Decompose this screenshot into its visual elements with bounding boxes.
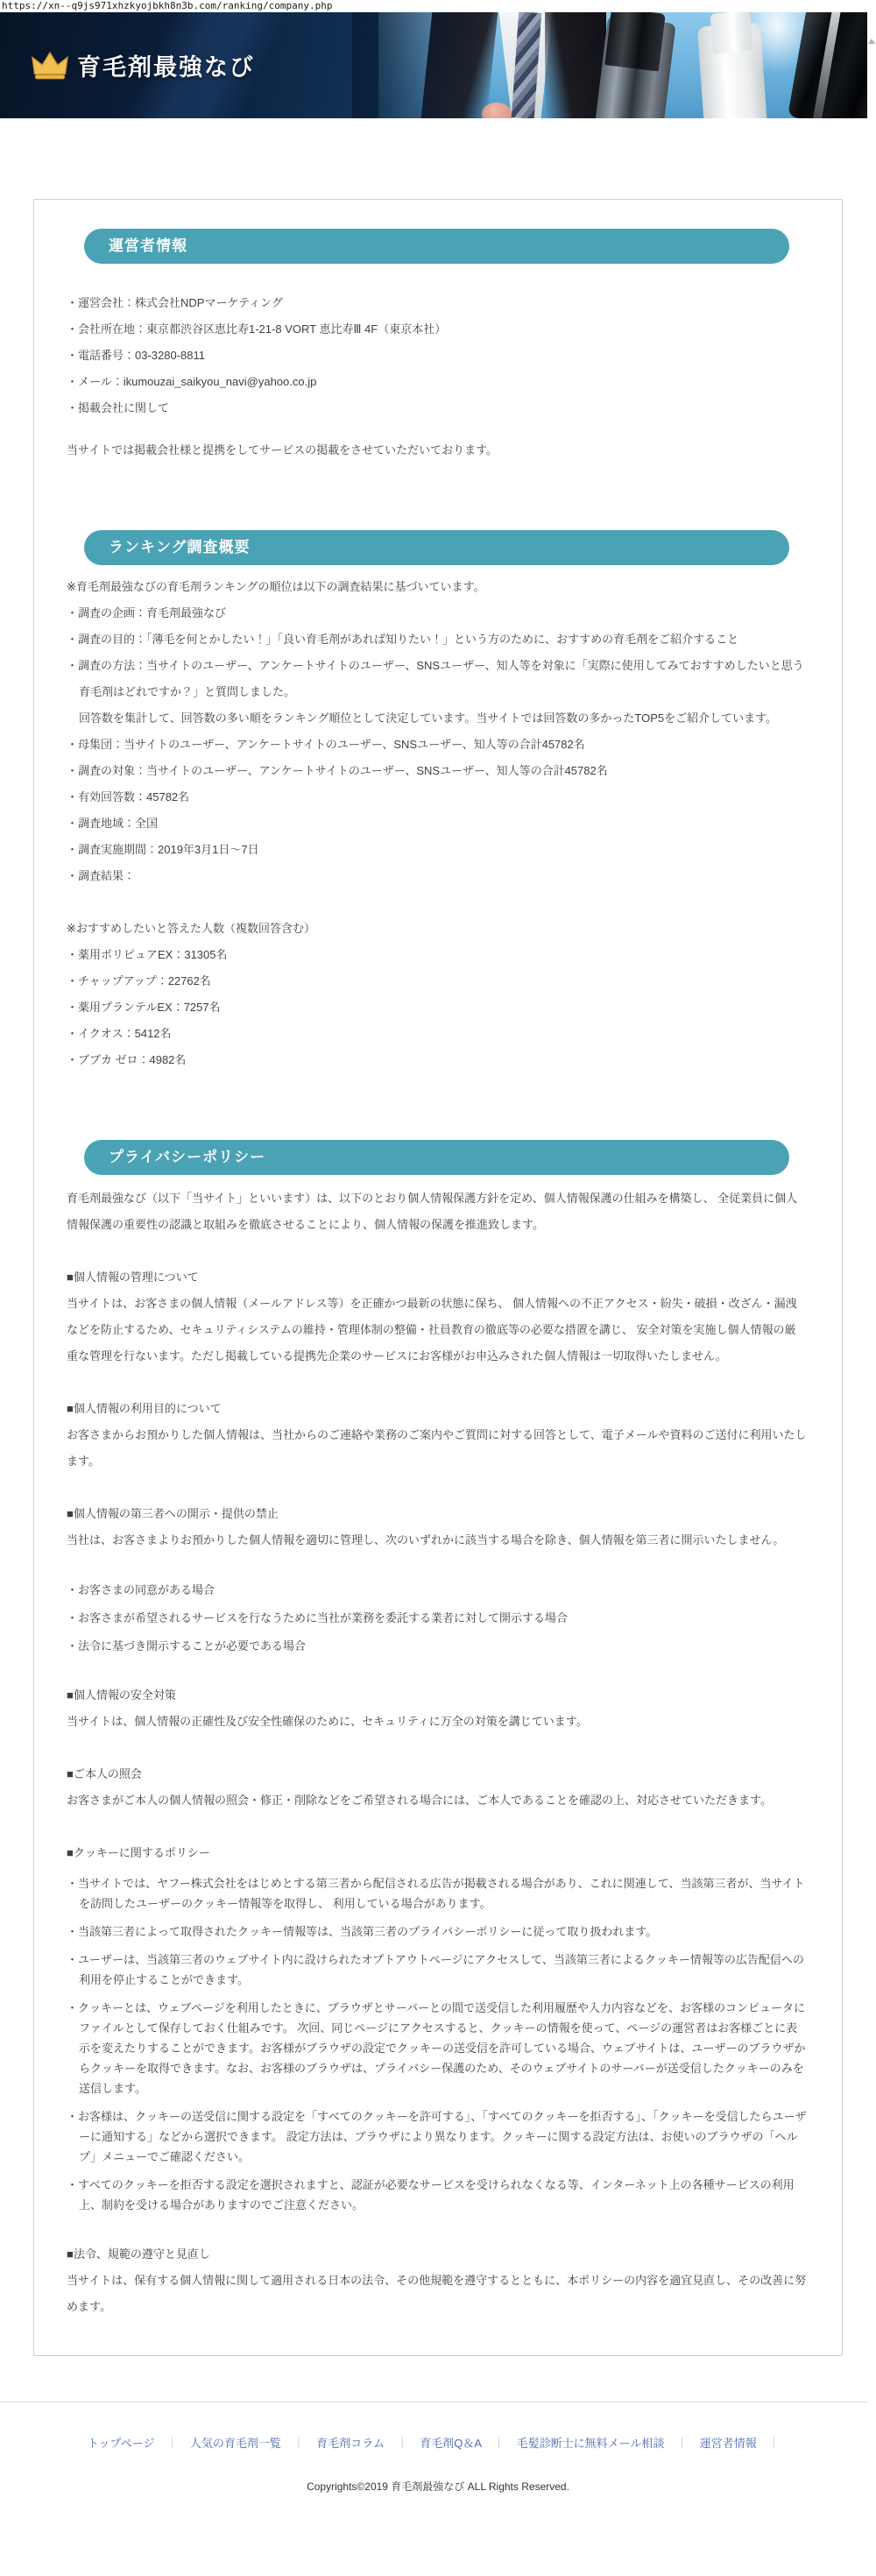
site-brand[interactable]: 育毛剤最強なび [32,12,255,118]
list-item: ・調査の対象：当サイトのユーザー、アンケートサイトのユーザー、SNSユーザー、知… [67,758,807,784]
privacy-block-heading: ■ご本人の照会 [67,1761,807,1787]
privacy-block-cookie-policy: ■クッキーに関するポリシー ・当サイトでは、ヤフー株式会社をはじめとする第三者か… [67,1840,807,2215]
third-party-exception-list: ・お客さまの同意がある場合 ・お客さまが希望されるサービスを行なうために当社が業… [67,1580,807,1656]
list-item: ・ユーザーは、当該第三者のウェブサイト内に設けられたオプトアウトページにアクセス… [67,1950,807,1990]
privacy-block-body: 当サイトは、個人情報の正確性及び安全性確保のために、セキュリティに万全の対策を講… [67,1709,807,1735]
list-item: ・調査地域：全国 [67,810,807,837]
footer-link-operator-info[interactable]: 運営者情報 [700,2437,757,2450]
list-item: ・掲載会社に関して [67,395,807,421]
section-header-privacy-policy: プライバシーポリシー [84,1140,789,1175]
section-ranking-survey: ランキング調査概要 ※育毛剤最強なびの育毛剤ランキングの順位は以下の調査結果に基… [67,530,807,1073]
footer: トップページ ｜ 人気の育毛剤一覧 ｜ 育毛剤コラム ｜ 育毛剤Q＆A ｜ 毛髪… [0,2402,876,2508]
footer-link-top-page[interactable]: トップページ [88,2437,155,2450]
page-url-text: https://xn--q9js971xhzkyojbkh8n3b.com/ra… [0,0,876,12]
list-item: ・法令に基づき開示することが必要である場合 [67,1636,807,1656]
scrollbar[interactable] [867,12,876,2576]
footer-separator: ｜ [676,2437,688,2450]
list-item: ・当サイトでは、ヤフー株式会社をはじめとする第三者から配信される広告が掲載される… [67,1873,807,1914]
section-header-ranking-survey: ランキング調査概要 [84,530,789,565]
footer-link-qa[interactable]: 育毛剤Q＆A [420,2437,481,2450]
privacy-block-law-compliance: ■法令、規範の遵守と見直し 当サイトは、保有する個人情報に関して適用される日本の… [67,2241,807,2320]
page: { "page": { "url": "https://xn--q9js971x… [0,0,876,2576]
list-item: ・メール：ikumouzai_saikyou_navi@yahoo.co.jp [67,369,807,395]
survey-result-item: ・ブブカ ゼロ：4982名 [67,1047,807,1073]
survey-result-item: ・薬用ポリピュアEX：31305名 [67,942,807,968]
list-item: ・会社所在地：東京都渋谷区恵比寿1-21-8 VORT 恵比寿Ⅲ 4F（東京本社… [67,316,807,343]
privacy-block-body: お客さまからお預かりした個人情報は、当社からのご連絡や業務のご案内やご質問に対す… [67,1422,807,1475]
footer-nav: トップページ ｜ 人気の育毛剤一覧 ｜ 育毛剤コラム ｜ 育毛剤Q＆A ｜ 毛髪… [0,2434,876,2451]
privacy-block-heading: ■個人情報の利用目的について [67,1396,807,1422]
list-item: ・お客さまが希望されるサービスを行なうために当社が業務を委託する業者に対して開示… [67,1608,807,1628]
privacy-block-security: ■個人情報の安全対策 当サイトは、個人情報の正確性及び安全性確保のために、セキュ… [67,1682,807,1735]
survey-result-item: ・チャップアップ：22762名 [67,968,807,994]
privacy-block-heading: ■クッキーに関するポリシー [67,1840,807,1866]
list-item: ・当該第三者によって取得されたクッキー情報等は、当該第三者のプライバシーポリシー… [67,1921,807,1942]
privacy-block-body: 当社は、お客さまよりお預かりした個人情報を適切に管理し、次のいずれかに該当する場… [67,1527,807,1553]
bottle-cap-photo [604,12,666,72]
footer-separator: ｜ [768,2437,780,2450]
list-item: ・電話番号：03-3280-8811 [67,343,807,369]
company-info-list: ・運営会社：株式会社NDPマーケティング ・会社所在地：東京都渋谷区恵比寿1-2… [67,290,807,421]
list-item: ・調査実施期間：2019年3月1日～7日 [67,837,807,863]
ranking-survey-list: ・調査の企画：育毛剤最強なび ・調査の目的：「薄毛を何とかしたい！」「良い育毛剤… [67,600,807,889]
list-item: ・お客さまの同意がある場合 [67,1580,807,1600]
list-item: ・お客様は、クッキーの送受信に関する設定を「すべてのクッキーを許可する」、「すべ… [67,2106,807,2167]
survey-result-item: ・薬用プランテルEX：7257名 [67,994,807,1021]
footer-link-mail-consult[interactable]: 毛髪診断士に無料メール相談 [517,2437,665,2450]
survey-result-item: ・イクオス：5412名 [67,1021,807,1047]
survey-answer-note: ※おすすめしたいと答えた人数（複数回答含む） [67,916,807,942]
list-item: ・クッキーとは、ウェブページを利用したときに、ブラウザとサーバーとの間で送受信し… [67,1998,807,2098]
footer-separator: ｜ [293,2437,304,2450]
privacy-intro-paragraph: 育毛剤最強なび（以下「当サイト」といいます）は、以下のとおり個人情報保護方針を定… [67,1185,807,1238]
privacy-block-body: 当サイトは、保有する個人情報に関して適用される日本の法令、その他規範を遵守すると… [67,2268,807,2320]
list-item: ・すべてのクッキーを拒否する設定を選択されますと、認証が必要なサービスを受けられ… [67,2175,807,2215]
section-privacy-policy: プライバシーポリシー 育毛剤最強なび（以下「当サイト」といいます）は、以下のとお… [67,1140,807,2320]
survey-results-list: ・薬用ポリピュアEX：31305名 ・チャップアップ：22762名 ・薬用プラン… [67,942,807,1073]
main-content-box: 運営者情報 ・運営会社：株式会社NDPマーケティング ・会社所在地：東京都渋谷区… [33,199,843,2356]
privacy-block-third-party: ■個人情報の第三者への開示・提供の禁止 当社は、お客さまよりお預かりした個人情報… [67,1501,807,1656]
list-item: ・母集団：当サイトのユーザー、アンケートサイトのユーザー、SNSユーザー、知人等… [67,732,807,758]
privacy-block-body: 当サイトは、お客さまの個人情報（メールアドレス等）を正確かつ最新の状態に保ち、 … [67,1291,807,1369]
list-item: ・調査の目的：「薄毛を何とかしたい！」「良い育毛剤があれば知りたい！」という方の… [67,626,807,653]
section-header-company-info: 運営者情報 [84,229,789,264]
footer-separator: ｜ [397,2437,408,2450]
footer-separator: ｜ [166,2437,178,2450]
section-company-info: 運営者情報 ・運営会社：株式会社NDPマーケティング ・会社所在地：東京都渋谷区… [67,229,807,464]
list-item: ・有効回答数：45782名 [67,784,807,810]
footer-link-popular-products[interactable]: 人気の育毛剤一覧 [190,2437,281,2450]
privacy-block-body: お客さまがご本人の個人情報の照会・修正・削除などをご希望される場合には、ご本人で… [67,1787,807,1814]
privacy-block-heading: ■個人情報の管理について [67,1264,807,1291]
privacy-block-heading: ■個人情報の第三者への開示・提供の禁止 [67,1501,807,1527]
copyright-text: Copyrights©2019 育毛剤最強なび ALL Rights Reser… [0,2479,876,2508]
footer-link-column[interactable]: 育毛剤コラム [316,2437,385,2450]
privacy-block-heading: ■個人情報の安全対策 [67,1682,807,1709]
privacy-block-heading: ■法令、規範の遵守と見直し [67,2241,807,2268]
company-partnership-paragraph: 当サイトでは掲載会社様と提携をしてサービスの掲載をさせていただいております。 [67,437,807,464]
privacy-block-usage-purpose: ■個人情報の利用目的について お客さまからお預かりした個人情報は、当社からのご連… [67,1396,807,1475]
ranking-basis-note: ※育毛剤最強なびの育毛剤ランキングの順位は以下の調査結果に基づいています。 [67,574,807,600]
list-item: ・調査結果： [67,863,807,889]
site-header-banner: 育毛剤最強なび [0,12,869,118]
list-item: ・運営会社：株式会社NDPマーケティング [67,290,807,316]
privacy-block-management: ■個人情報の管理について 当サイトは、お客さまの個人情報（メールアドレス等）を正… [67,1264,807,1369]
banner-fade-overlay [352,12,492,118]
scroll-up-arrow-icon[interactable] [867,35,876,47]
privacy-block-inquiry: ■ご本人の照会 お客さまがご本人の個人情報の照会・修正・削除などをご希望される場… [67,1761,807,1814]
footer-separator: ｜ [493,2437,505,2450]
cookie-policy-list: ・当サイトでは、ヤフー株式会社をはじめとする第三者から配信される広告が掲載される… [67,1873,807,2215]
site-title: 育毛剤最強なび [77,48,255,82]
list-item: ・調査の企画：育毛剤最強なび [67,600,807,626]
list-item: ・調査の方法：当サイトのユーザー、アンケートサイトのユーザー、SNSユーザー、知… [67,653,807,732]
crown-icon [32,51,68,81]
